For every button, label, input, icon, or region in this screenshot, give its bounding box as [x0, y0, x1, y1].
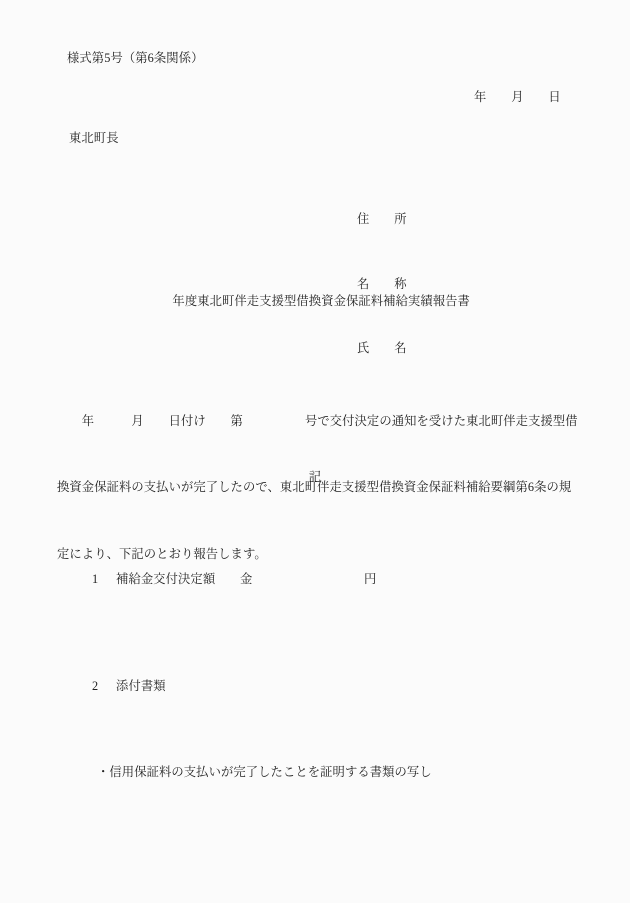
- record-heading: 記: [0, 470, 630, 484]
- form-number: 様式第5号（第6条関係）: [67, 51, 203, 65]
- list-item-2-text: 添付書類: [116, 679, 166, 693]
- list-item-1-text: 補給金交付決定額 金 円: [116, 572, 376, 586]
- list-item-2-number: 2: [92, 676, 116, 697]
- body-line-1: 年 月 日付け 第 号で交付決定の通知を受けた東北町伴走支援型借: [57, 410, 582, 432]
- list-item-2: 2添付書類: [73, 655, 432, 719]
- item-list: 1補給金交付決定額 金 円 2添付書類 ・信用保証料の支払いが完了したことを証明…: [73, 505, 432, 826]
- sender-person-label: 氏 名: [357, 338, 407, 360]
- bullet-line: ・信用保証料の支払いが完了したことを証明する書類の写し: [73, 762, 432, 783]
- list-item-1: 1補給金交付決定額 金 円: [73, 548, 432, 612]
- addressee: 東北町長: [69, 131, 119, 145]
- list-item-1-number: 1: [92, 569, 116, 590]
- sender-address-label: 住 所: [357, 209, 407, 231]
- date-line: 年 月 日: [474, 90, 561, 104]
- sender-name-label: 名 称: [357, 274, 407, 296]
- document-title: 年度東北町伴走支援型借換資金保証料補給実績報告書: [0, 294, 630, 308]
- document-page: 様式第5号（第6条関係） 年 月 日 東北町長 住 所 名 称 氏 名 年度東北…: [0, 0, 630, 903]
